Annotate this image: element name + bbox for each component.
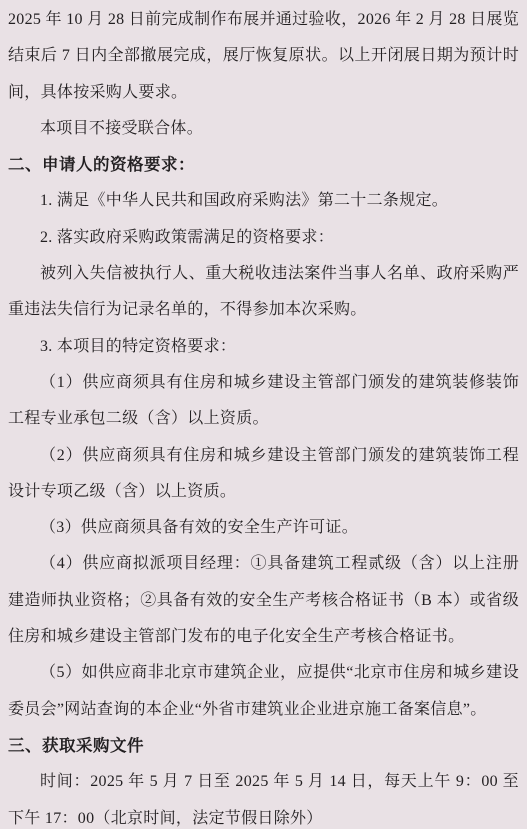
section-heading: 二、申请人的资格要求： bbox=[8, 147, 519, 183]
paragraph: 2. 落实政府采购政策需满足的资格要求： bbox=[8, 220, 519, 256]
paragraph: （2）供应商须具有住房和城乡建设主管部门颁发的建筑装饰工程设计专项乙级（含）以上… bbox=[8, 438, 519, 511]
paragraph: （3）供应商须具备有效的安全生产许可证。 bbox=[8, 510, 519, 546]
paragraph: （4）供应商拟派项目经理：①具备建筑工程贰级（含）以上注册建造师执业资格；②具备… bbox=[8, 546, 519, 655]
paragraph: （1）供应商须具有住房和城乡建设主管部门颁发的建筑装修装饰工程专业承包二级（含）… bbox=[8, 365, 519, 438]
document-page: 2025 年 10 月 28 日前完成制作布展并通过验收，2026 年 2 月 … bbox=[0, 0, 527, 829]
paragraph: 被列入失信被执行人、重大税收违法案件当事人名单、政府采购严重违法失信行为记录名单… bbox=[8, 256, 519, 329]
paragraph: 3. 本项目的特定资格要求： bbox=[8, 329, 519, 365]
paragraph: 1. 满足《中华人民共和国政府采购法》第二十二条规定。 bbox=[8, 183, 519, 219]
paragraph: （5）如供应商非北京市建筑企业，应提供“北京市住房和城乡建设委员会”网站查询的本… bbox=[8, 655, 519, 728]
paragraph: 本项目不接受联合体。 bbox=[8, 111, 519, 147]
paragraph: 2025 年 10 月 28 日前完成制作布展并通过验收，2026 年 2 月 … bbox=[8, 2, 519, 111]
section-heading: 三、获取采购文件 bbox=[8, 728, 519, 764]
paragraph: 时间：2025 年 5 月 7 日至 2025 年 5 月 14 日，每天上午 … bbox=[8, 764, 519, 829]
